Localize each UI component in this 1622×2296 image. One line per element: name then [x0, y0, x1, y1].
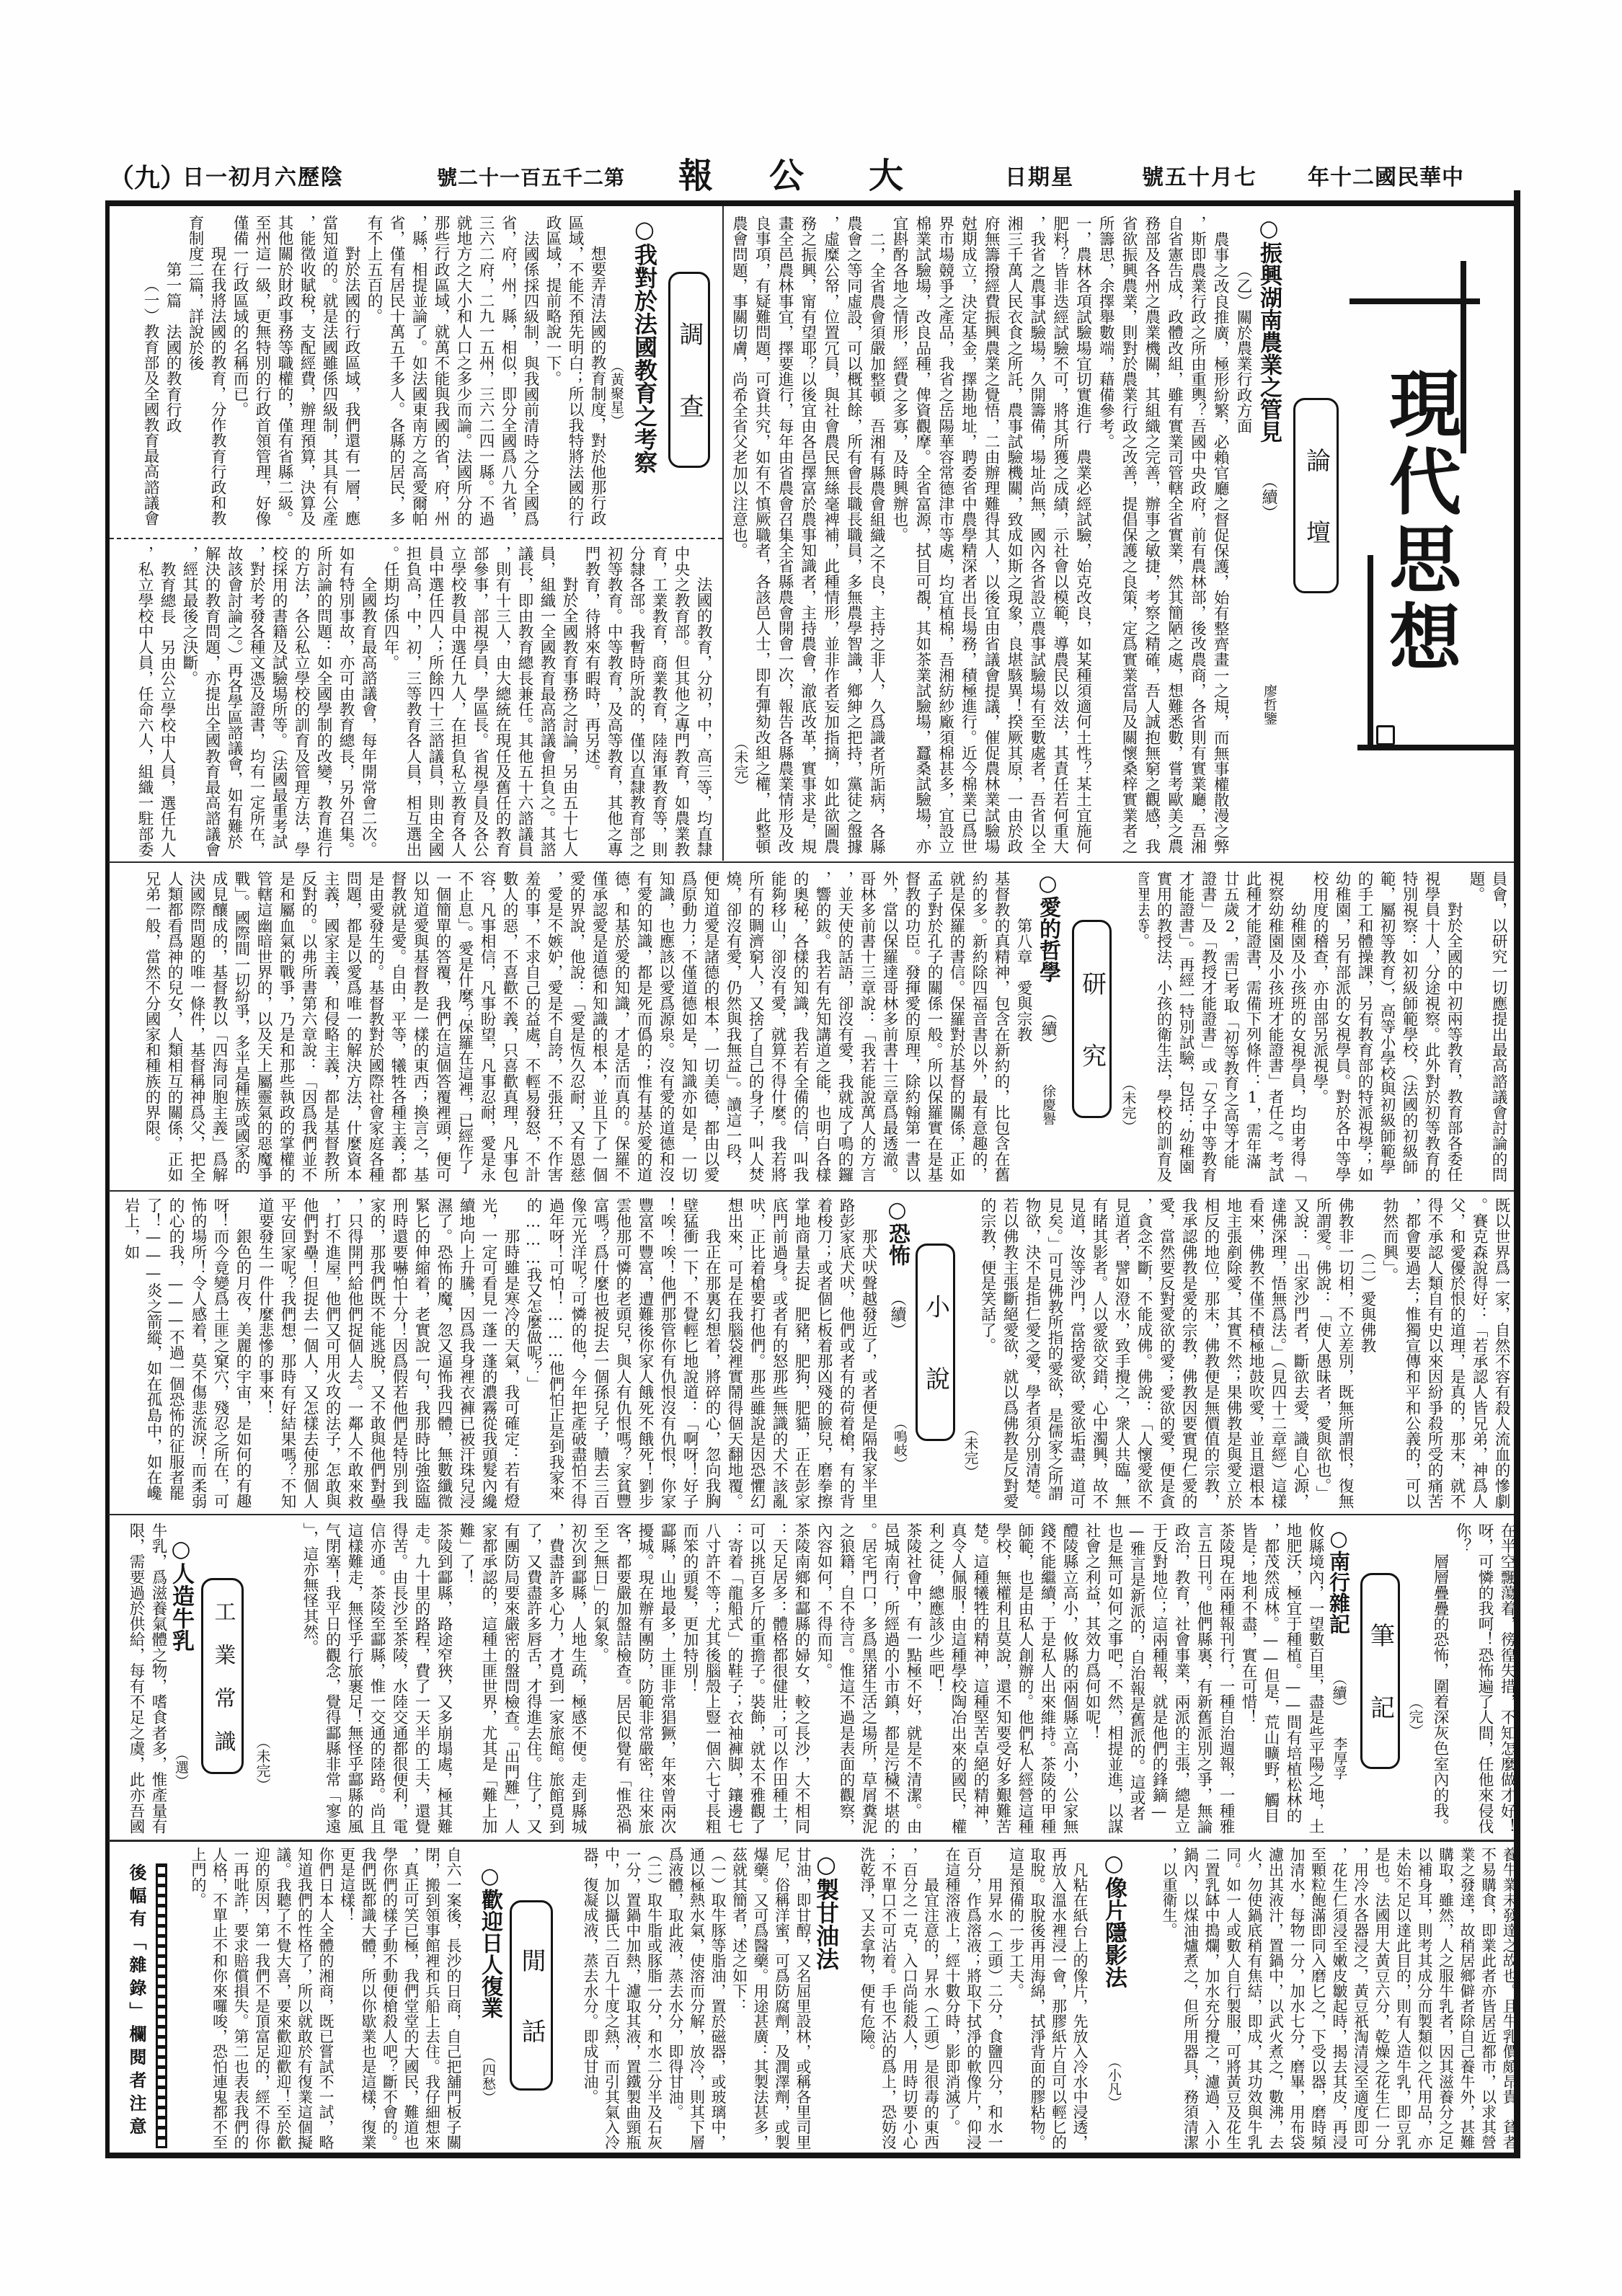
chapter-heading: 第八章 愛與宗教 [1012, 871, 1034, 1182]
paragraph: 層層疊疊的恐怖，圍着深灰色室內的我。 [1429, 1522, 1451, 1834]
paragraph: （二）取牛脂或豚脂一分，和水二分半及石灰一分，置鍋中加熱，濾取其液，置鐵製曲頸瓶… [580, 1847, 665, 2151]
masthead-seal-icon [1376, 725, 1395, 745]
article-title: ○製甘油法 [815, 1850, 838, 1970]
masthead-left-bar [1368, 555, 1373, 750]
paragraph: 農事之改良推廣，極形紛繁，必賴官廳之督促保護，始有整齊畫一之規，而無事權散漫之弊… [1094, 216, 1231, 854]
masthead-cross-vertical [1461, 261, 1466, 453]
date: 七月十五號 [1142, 163, 1257, 193]
paragraph: 想要弄清法國的教育制度，對於他那行政區域，不能不預先明白；所以我特將法國的行政區… [541, 215, 608, 526]
chapter-heading: 第一篇 法國的教育行政 [161, 215, 184, 526]
paragraph: 那時雖是寒冷的天氣，我可確定：若有燈光，一定可看見一蓬一蓬的濃霧從我頭髮內纔續地… [254, 1197, 522, 1509]
paragraph: 我正在那裏幻想着，將碎的心，忽向我胸壁猛衝一下，不覺輕匕地說道：「啊呀！好子！唉… [522, 1197, 723, 1509]
band-divider-3 [108, 1514, 1514, 1515]
continued-mark: （未完） [1121, 1076, 1135, 1134]
paragraph: 凡粘在紙台上的像片，先放入冷水中浸透，再放入溫水裡浸一會，那膠紙片自可以輕匕的取… [1005, 1847, 1090, 2151]
paragraph: 對於法國的行政區域，我們還有一層，應當知道的。就是法國雖係四級制，其具有公產，能… [229, 215, 363, 526]
issue-number: 第二千五百一十二號 [435, 163, 625, 193]
article-body: 甘油，即甘醇，又名屈里設林，或稱各里司里尼，俗稱洋蜜，可爲防腐劑，及潤澤劑，或製… [570, 1847, 813, 2151]
paper-name-char-3: 報 [678, 157, 713, 195]
section-heading: （一）教育部及全國教育最高諮議會 [139, 215, 161, 526]
section-tag-chat: 閒話 [510, 1900, 553, 2091]
continued-mark: （未完） [963, 1422, 978, 1479]
footer-note: 後幅有「雜錄」欄閱者注意 [128, 1863, 145, 2140]
article-suffix: （續） [1260, 473, 1276, 520]
article-body: 攸縣境內，一望數百里，盡是些平陽之地，土地肥沃，極宜于種植。——間有培植松林的，… [274, 1522, 1326, 1834]
paragraph: 基督教的真精神，包含在新約的，比包含在舊約的多。新約除四福音書以外，最有意趣的，… [141, 871, 1012, 1182]
top-rule [105, 200, 1520, 206]
article-body-part-2: 既以世界爲一家，自然不容有殺人流血的慘劇。賽克森說得好：「若承認人皆兄弟，神爲人… [982, 1197, 1512, 1509]
article-body-part-2: 法國的教育，分初，中，高三等，均直隸中央之教育部。但其他之專門教育，如農業教育，… [108, 546, 714, 857]
article-title: ○像片隱影法 [1102, 1850, 1125, 1988]
paragraph: 最宜注意的，昇水（工頭）是很毒的東西，百分之一克，入口尚能殺人，用時切要小心；不… [856, 1847, 941, 2151]
article-title: ○愛的哲學 [1037, 871, 1058, 983]
year: 中華民國二十年 [1307, 163, 1464, 193]
paragraph: 佛教非一切相，不立差別，既無所謂恨，復無所謂愛。佛說：「使人愚昧者，愛與欲也。」… [982, 1197, 1356, 1509]
paragraph: 幼稚園及小孩班的女視學員，均由考得「視察幼稚園及小孩班才能證書」者任之。考試此種… [1139, 871, 1308, 1182]
paragraph: 那犬吠聲越發近了，或者便是隔我家半里路彭家底犬吠，他們或者有的荷着槍，有的背着梭… [723, 1197, 879, 1509]
lunar-date: 陰歷六月初一日 [182, 163, 344, 193]
section-tag-forum: 論壇 [1293, 398, 1339, 593]
article-title: ○恐怖 [886, 1197, 908, 1266]
article-author: （小凡） [1107, 2055, 1120, 2109]
paragraph: 茶陵南鄉和酃縣的婦女，較之長沙，大不相同：天足居多：體格都很健壯；可以作田種土，… [678, 1522, 812, 1834]
paragraph: 法國係採四級制，與我國前清時之分全國爲省，府，州，縣，相似，即分全國爲八九省，三… [363, 215, 541, 526]
article-body-part-1: 想要弄清法國的教育制度，對於他那行政區域，不能不預先明白；所以我特將法國的行政區… [108, 215, 608, 526]
section-tag-research: 研究 [1072, 920, 1112, 1118]
article-author: 李厚孚 [1332, 1737, 1347, 1780]
article-suffix: （續） [889, 1290, 905, 1338]
paragraph: 教育總長 另由公立學校中人員，選任九人，私立學校中人員，任命六人，組織一駐部委 [133, 546, 178, 857]
band-divider-2 [108, 1190, 1514, 1192]
paragraph: 全國教育最高諮議會，每年開常會二次。如有特別事故，亦可由教育總長，另外召集。所討… [178, 546, 379, 857]
end-mark: （完） [1408, 1695, 1422, 1738]
section-tag-fiction: 小說 [916, 1244, 955, 1441]
continued-mark: （未完） [255, 1734, 270, 1792]
paragraph: 自六一案後，長沙的日商，自己把舖門板子關閉，搬到領事館裡和兵船上去住。我仔細想來… [336, 1847, 464, 2151]
section-tag-investigation: 調查 [668, 272, 710, 468]
article-body: 自六一案後，長沙的日商，自己把舖門板子關閉，搬到領事館裡和兵船上去住。我仔細想來… [177, 1847, 464, 2151]
article-title: ○南行雜記 [1328, 1526, 1349, 1634]
article-suffix: （選） [174, 1747, 187, 1788]
article-title: ○我對於法國教育之考察 [633, 216, 656, 474]
paragraph: 攸縣境內，一望數百里，盡是些平陽之地，土地肥沃，極宜于種植。——間有培植松林的，… [1237, 1522, 1326, 1834]
article-author: （四愁） [481, 2049, 495, 2104]
article-author: （黃聚星） [609, 359, 623, 427]
page-number: （九） [108, 163, 151, 193]
paragraph: 牛乳，爲滋養氣體之物，嗜食者多，惟產量有限，需要過於供給，每有不足之虞，此亦吾國 [125, 1522, 169, 1834]
article-author: （鳴岐） [892, 1416, 906, 1471]
article-body: 凡粘在紙台上的像片，先放入冷水中浸透，再放入溫水裡浸一會，那膠紙片自可以輕匕的取… [845, 1847, 1090, 2151]
paragraph: （乙）關於農業行政方面 [1231, 216, 1254, 854]
paragraph: 二，全省農會須嚴加整頓 吾湘有縣農會組織之不良，主持之非人，久爲識者所詬病，各縣… [728, 216, 887, 854]
article-author: 徐慶譽 [1041, 1084, 1055, 1125]
article-body-part-1: 第八章 愛與宗教 基督教的真精神，包含在新約的，比包含在舊約的多。新約除四福音書… [108, 871, 1034, 1182]
paragraph: 銀色的月夜，美麗的宇宙，是如何的有趣呀！而今竟變爲土匪之窠穴，殘忍之所在，可怖的… [120, 1197, 254, 1509]
article-body-part-2: 在半空飄蕩着，徬徨失措，不知怎麼做才好！呀，可憐的我呵！恐怖遍了人間，任他來侵伐… [1427, 1522, 1518, 1834]
section-heading: （二）愛與佛教 [1356, 1197, 1378, 1509]
article-body-part-1: 那犬吠聲越發近了，或者便是隔我家半里路彭家底犬吠，他們或者有的荷着槍，有的背着梭… [108, 1197, 879, 1509]
paragraph: 在半空飄蕩着，徬徨失措，不知怎麼做才好！呀，可憐的我呵！恐怖遍了人間，任他來侵伐… [1451, 1522, 1518, 1834]
paragraph: 對於全國的中初兩等教育，教育部各委任視學員十人，分途視察。此外對於初等教育的特別… [1308, 871, 1465, 1182]
paragraph: 茶陵現在兩種報刊行，一種自治週報，一種雅言五日刊。他們縣裏，有新舊派別之爭，無論… [1081, 1522, 1237, 1834]
article-suffix: （續） [1040, 1005, 1055, 1052]
paper-name-char-1: 大 [869, 157, 903, 195]
article-body: （乙）關於農業行政方面 農事之改良推廣，極形紛繁，必賴官廳之督促保護，始有整齊畫… [728, 216, 1254, 854]
article-title: ○人造牛乳 [169, 1536, 192, 1652]
weekday: 星期日 [1003, 163, 1074, 193]
article-title: ○振興湖南農業之管見 [1257, 216, 1280, 443]
paragraph: 既以世界爲一家，自然不容有殺人流血的慘劇。賽克森說得好：「若承認人皆兄弟，神爲人… [1378, 1197, 1512, 1509]
section-tag-notes: 筆記 [1360, 1573, 1400, 1769]
paragraph: 初次到酃縣，人地生疏，極感不便。走到縣城，費盡許多心力，才覓到一家旅館。旅館覓到… [455, 1522, 589, 1834]
paragraph: 醴陵縣立高小，攸縣的兩個縣立高小，公家無錢不能繼續，于是私人出來維持。茶陵的甲種… [924, 1522, 1081, 1834]
paragraph: 茶陵到酃縣，路途窄狹，又多崩塌處，極其難走。九十里的路程，費了一天半的工夫，還覺… [298, 1522, 455, 1834]
masthead-bottom-bar [1357, 745, 1514, 750]
paragraph: 員會，以研究一切應提出最高諮議會討論的問題。 [1465, 871, 1510, 1182]
paragraph: 法國的教育，分初，中，高三等，均直隸中央之教育部。但其他之專門教育，如農業教育，… [580, 546, 714, 857]
subrow-divider [110, 538, 722, 539]
band-divider-4 [108, 1840, 1514, 1842]
paragraph: 現在我將法國的教育，分作教育行政和教育制度二篇，詳說於後 [184, 215, 229, 526]
band-divider-1 [108, 861, 1514, 863]
paragraph: 你們日本人全體的湘商，既已嘗試不一試，略知道我們的性格了，所以就敢於有復業這個擬… [187, 1847, 337, 2151]
article-body-part-1: 牛乳，爲滋養氣體之物，嗜食者多，惟產量有限，需要過於供給，每有不足之虞，此亦吾國 [110, 1522, 169, 1834]
paragraph: 一，農林各項試驗場宜切實進行 農業必經試驗，始克改良，如某種須適何土性？某土宜施… [887, 216, 1094, 854]
column-divider [722, 206, 724, 861]
bottom-rule [105, 2153, 1520, 2158]
paragraph: 對於全國教育事務之討論，另由五十七人員，組織一全國教育最高諮議會担負之。其諮議長… [379, 546, 580, 857]
continued-mark: （未完） [733, 735, 748, 793]
article-title: ○歡迎日人復業 [479, 1863, 500, 2018]
decorative-chain-rule [156, 1863, 167, 2148]
paper-name-char-2: 公 [769, 157, 804, 195]
article-body-part-3: 員會，以研究一切應提出最高諮議會討論的問題。 對於全國的中初兩等教育，教育部各委… [1139, 871, 1510, 1182]
article-body-part-2: 養牛業未發達之故也。且牛乳價頗昂貴，貧者不易購食，即業此者亦皆居近都市，以求其營… [1130, 1847, 1520, 2151]
paragraph: 用昇水（工頭）二分，食鹽四分，和水一百分，作爲溶液；將取下拭淨的軟像片，仰浸在這… [941, 1847, 1006, 2151]
article-suffix: （續） [1331, 1671, 1346, 1714]
paragraph: （一）取牛豚等脂油，置於磁器，或玻璃中，通以極熱水氣，使溶而分解，放冷，則其下層… [665, 1847, 729, 2151]
paragraph: 酃縣，山地最多，土匪非常猖獗，年來曾兩次擾城。現在辦有團防，防範非常嚴密，往來旅… [589, 1522, 678, 1834]
paragraph: 養牛業未發達之故也。且牛乳價頗昂貴，貧者不易購食，即業此者亦皆居近都市，以求其營… [1158, 1847, 1520, 2151]
masthead-title: 現代思想 [1383, 366, 1455, 678]
paragraph: 甘油，即甘醇，又名屈里設林，或稱各里司里尼，俗稱洋蜜，可爲防腐劑，及潤澤劑，或製… [728, 1847, 813, 2151]
article-author: 廖哲鑒 [1262, 684, 1276, 725]
paragraph: 茶陵社會中，有一點極不好，就是不清潔。由邑城南行，所經過的小市鎮，都是污穢不堪的… [812, 1522, 924, 1834]
section-tag-industry: 工業常識 [201, 1578, 244, 1774]
